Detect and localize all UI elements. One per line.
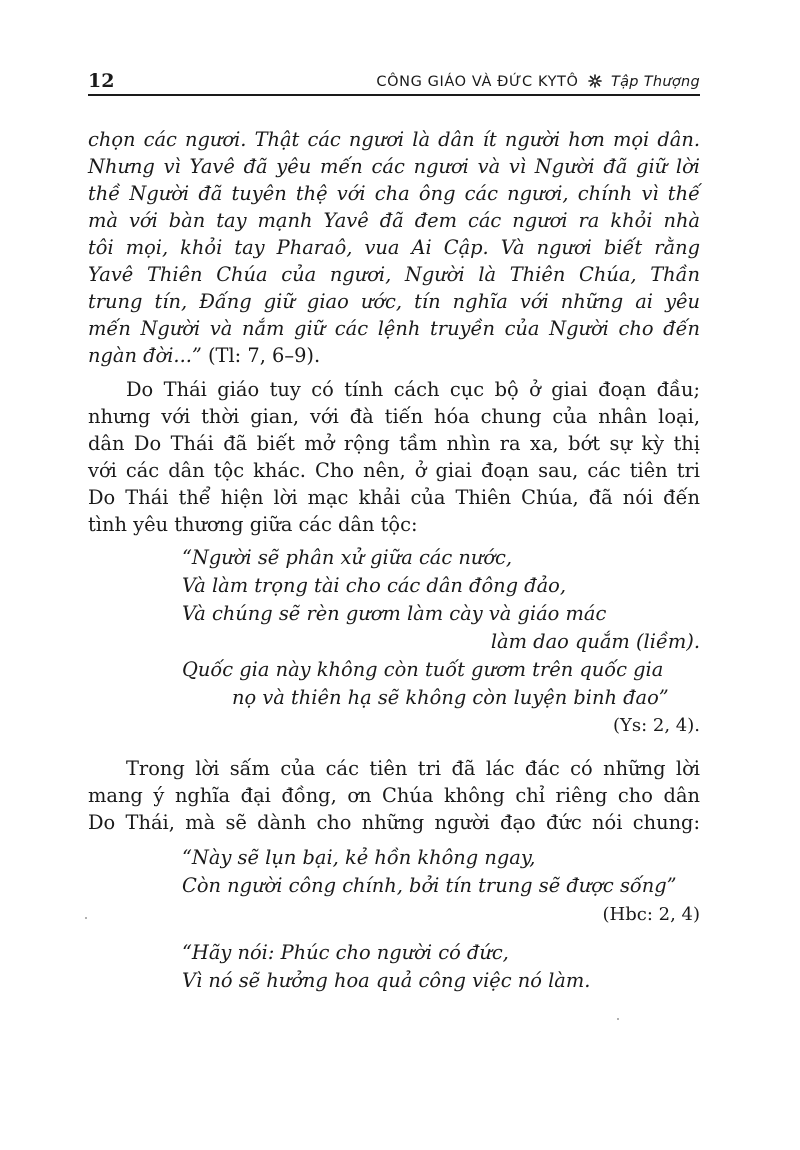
verse-line: Và chúng sẽ rèn gươm làm cày và giáo mác bbox=[182, 602, 606, 626]
book-page: 12 CÔNG GIÁO VÀ ĐỨC KYTÔ Tập Thượng chọn… bbox=[0, 0, 800, 1150]
text-line: nhưng với thời gian, với đà tiến hóa chu… bbox=[88, 405, 700, 429]
volume-label: Tập Thượng bbox=[611, 74, 700, 90]
verse-line: “Này sẽ lụn bại, kẻ hồn không ngay, bbox=[182, 846, 535, 870]
text-line: mang ý nghĩa đại đồng, ơn Chúa không chỉ… bbox=[88, 784, 700, 808]
verse-line: “Người sẽ phân xử giữa các nước, bbox=[182, 546, 512, 570]
text-line: ngàn đời...” (Tl: 7, 6–9). bbox=[88, 344, 320, 368]
text-line: Do Thái thể hiện lời mạc khải của Thiên … bbox=[88, 486, 700, 510]
verse-line: Vì nó sẽ hưởng hoa quả công việc nó làm. bbox=[182, 969, 590, 993]
asterisk-star-icon bbox=[588, 74, 602, 88]
verse-line: Và làm trọng tài cho các dân đông đảo, bbox=[182, 574, 566, 598]
page-header: 12 CÔNG GIÁO VÀ ĐỨC KYTÔ Tập Thượng bbox=[88, 72, 700, 96]
text-line: mà với bàn tay mạnh Yavê đã đem các ngươ… bbox=[88, 209, 700, 233]
running-head: CÔNG GIÁO VÀ ĐỨC KYTÔ Tập Thượng bbox=[376, 74, 700, 90]
book-title: CÔNG GIÁO VÀ ĐỨC KYTÔ bbox=[376, 74, 578, 90]
citation: (Hbc: 2, 4) bbox=[603, 903, 700, 927]
text-line: Yavê Thiên Chúa của ngươi, Người là Thiê… bbox=[88, 263, 700, 287]
scan-speck bbox=[617, 1018, 619, 1020]
citation: (Ys: 2, 4). bbox=[613, 714, 700, 738]
text-line: thề Người đã tuyên thệ với cha ông các n… bbox=[88, 182, 700, 206]
verse-line: Quốc gia này không còn tuốt gươm trên qu… bbox=[182, 658, 663, 682]
text-line: Do Thái, mà sẽ dành cho những người đạo … bbox=[88, 811, 700, 835]
text-line: tôi mọi, khỏi tay Pharaô, vua Ai Cập. Và… bbox=[88, 236, 700, 260]
verse-line: Còn người công chính, bởi tín trung sẽ đ… bbox=[182, 874, 677, 898]
paragraph-first-line: Do Thái giáo tuy có tính cách cục bộ ở g… bbox=[126, 378, 700, 402]
text-line: chọn các ngươi. Thật các ngươi là dân ít… bbox=[88, 128, 700, 152]
text-line: dân Do Thái đã biết mở rộng tầm nhìn ra … bbox=[88, 432, 700, 456]
quote-end: ngàn đời...” bbox=[88, 344, 202, 367]
scan-speck bbox=[85, 917, 87, 919]
citation: (Tl: 7, 6–9). bbox=[202, 344, 320, 367]
text-line: Nhưng vì Yavê đã yêu mến các ngươi và vì… bbox=[88, 155, 700, 179]
paragraph-first-line: Trong lời sấm của các tiên tri đã lác đá… bbox=[126, 757, 700, 781]
text-line: mến Người và nắm giữ các lệnh truyền của… bbox=[88, 317, 700, 341]
verse-line: làm dao quắm (liềm). bbox=[491, 630, 700, 654]
page-number: 12 bbox=[88, 70, 114, 92]
text-line: trung tín, Đấng giữ giao ước, tín nghĩa … bbox=[88, 290, 700, 314]
verse-line: nọ và thiên hạ sẽ không còn luyện binh đ… bbox=[232, 686, 669, 710]
verse-line: “Hãy nói: Phúc cho người có đức, bbox=[182, 941, 509, 965]
text-line: tình yêu thương giữa các dân tộc: bbox=[88, 513, 700, 537]
text-line: với các dân tộc khác. Cho nên, ở giai đo… bbox=[88, 459, 700, 483]
